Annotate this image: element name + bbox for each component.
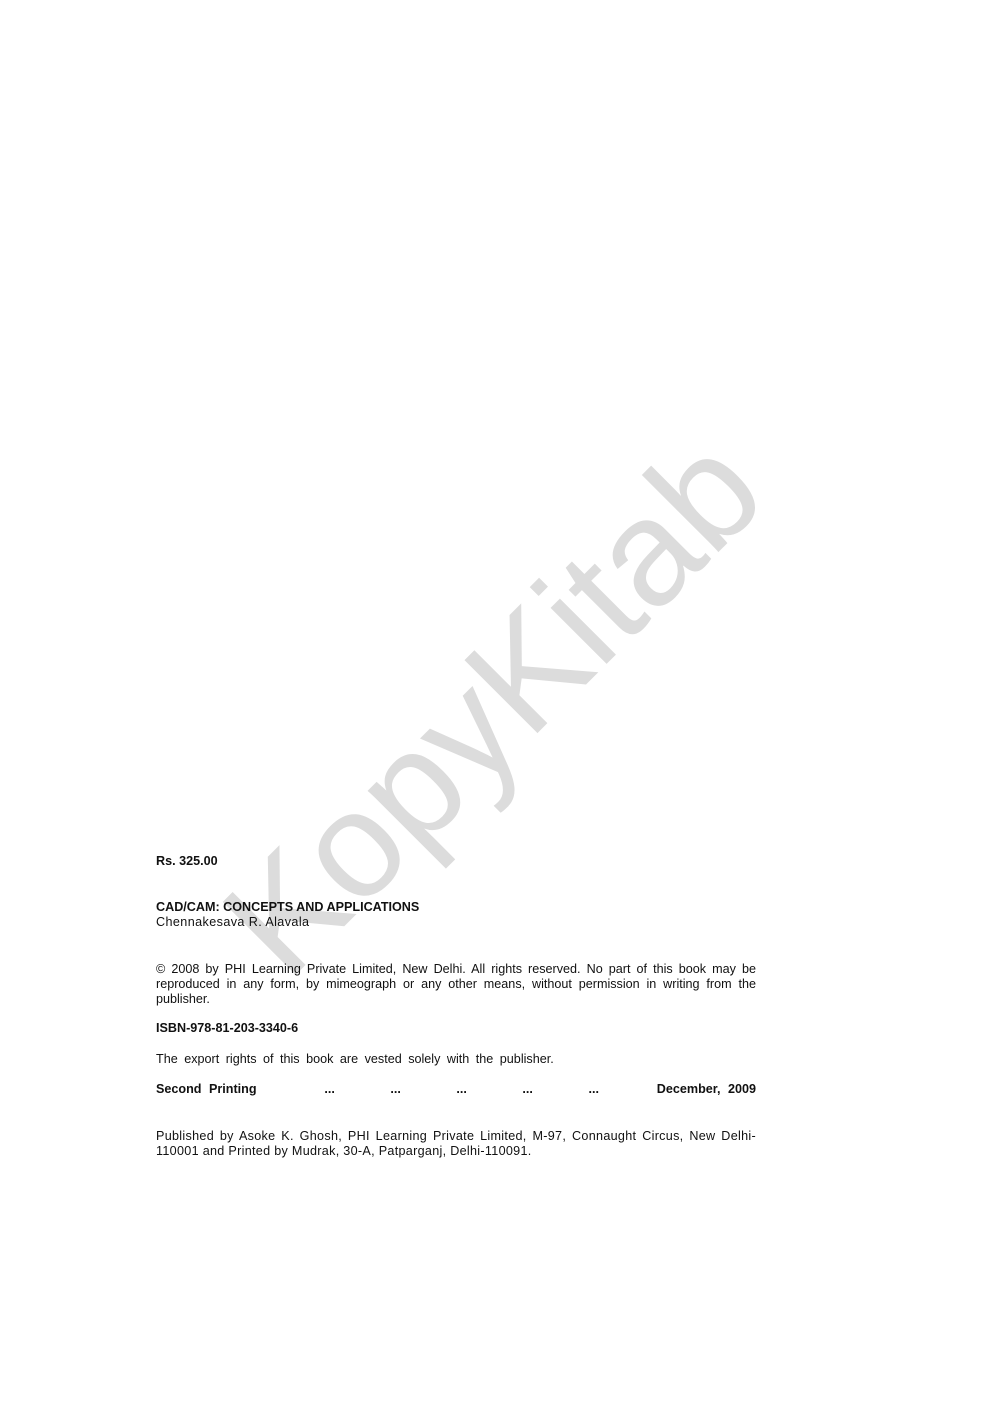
isbn: ISBN-978-81-203-3340-6 (156, 1021, 298, 1035)
printing-label: Second Printing (156, 1082, 257, 1096)
publisher-note: Published by Asoke K. Ghosh, PHI Learnin… (156, 1129, 756, 1159)
dot-leader: ... (324, 1082, 335, 1096)
dot-leader: ... (390, 1082, 401, 1096)
book-author: Chennakesava R. Alavala (156, 915, 309, 929)
dot-leader: ... (588, 1082, 599, 1096)
printing-date: December, 2009 (657, 1082, 756, 1096)
printing-line: Second Printing ... ... ... ... ... Dece… (156, 1082, 756, 1096)
dot-leader: ... (522, 1082, 533, 1096)
book-title: CAD/CAM: CONCEPTS AND APPLICATIONS (156, 900, 419, 914)
printing-dots: ... ... ... ... ... (257, 1082, 657, 1096)
dot-leader: ... (456, 1082, 467, 1096)
book-price: Rs. 325.00 (156, 854, 218, 868)
copyright-notice: © 2008 by PHI Learning Private Limited, … (156, 962, 756, 1007)
export-rights-notice: The export rights of this book are veste… (156, 1052, 554, 1066)
